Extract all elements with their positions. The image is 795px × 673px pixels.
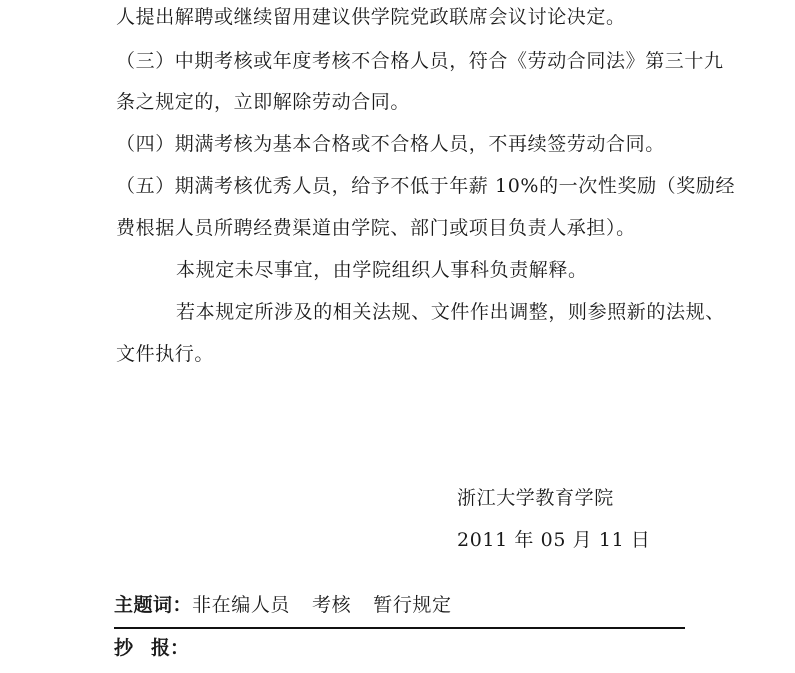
document-page: 人提出解聘或继续留用建议供学院党政联席会议讨论决定。 （三）中期考核或年度考核不… bbox=[0, 0, 795, 673]
clause-five-line-1: （五）期满考核优秀人员，给予不低于年薪 10%的一次性奖励（奖励经 bbox=[116, 174, 735, 198]
signature-organization: 浙江大学教育学院 bbox=[457, 486, 614, 510]
adjustment-clause-line-2: 文件执行。 bbox=[116, 342, 214, 366]
clause-five-line-2: 费根据人员所聘经费渠道由学院、部门或项目负责人承担）。 bbox=[116, 216, 636, 240]
interpretation-clause: 本规定未尽事宜，由学院组织人事科负责解释。 bbox=[176, 258, 588, 282]
signature-date: 2011 年 05 月 11 日 bbox=[457, 528, 651, 552]
cc-label-part2: 报： bbox=[151, 637, 189, 659]
clause-three-line-2: 条之规定的，立即解除劳动合同。 bbox=[116, 90, 410, 114]
horizontal-divider bbox=[114, 627, 685, 629]
body-line: 人提出解聘或继续留用建议供学院党政联席会议讨论决定。 bbox=[116, 5, 626, 29]
cc-report-line: 抄报： bbox=[114, 636, 189, 660]
cc-label-part1: 抄 bbox=[114, 637, 133, 659]
clause-three-line-1: （三）中期考核或年度考核不合格人员，符合《劳动合同法》第三十九 bbox=[116, 49, 724, 73]
keyword-item: 考核 bbox=[312, 594, 351, 616]
keyword-item: 暂行规定 bbox=[373, 594, 451, 616]
keywords-label: 主题词： bbox=[114, 594, 192, 616]
keyword-item: 非在编人员 bbox=[192, 594, 290, 616]
adjustment-clause-line-1: 若本规定所涉及的相关法规、文件作出调整，则参照新的法规、 bbox=[176, 300, 725, 324]
clause-four: （四）期满考核为基本合格或不合格人员，不再续签劳动合同。 bbox=[116, 132, 665, 156]
subject-keywords: 主题词：非在编人员考核暂行规定 bbox=[114, 593, 452, 617]
